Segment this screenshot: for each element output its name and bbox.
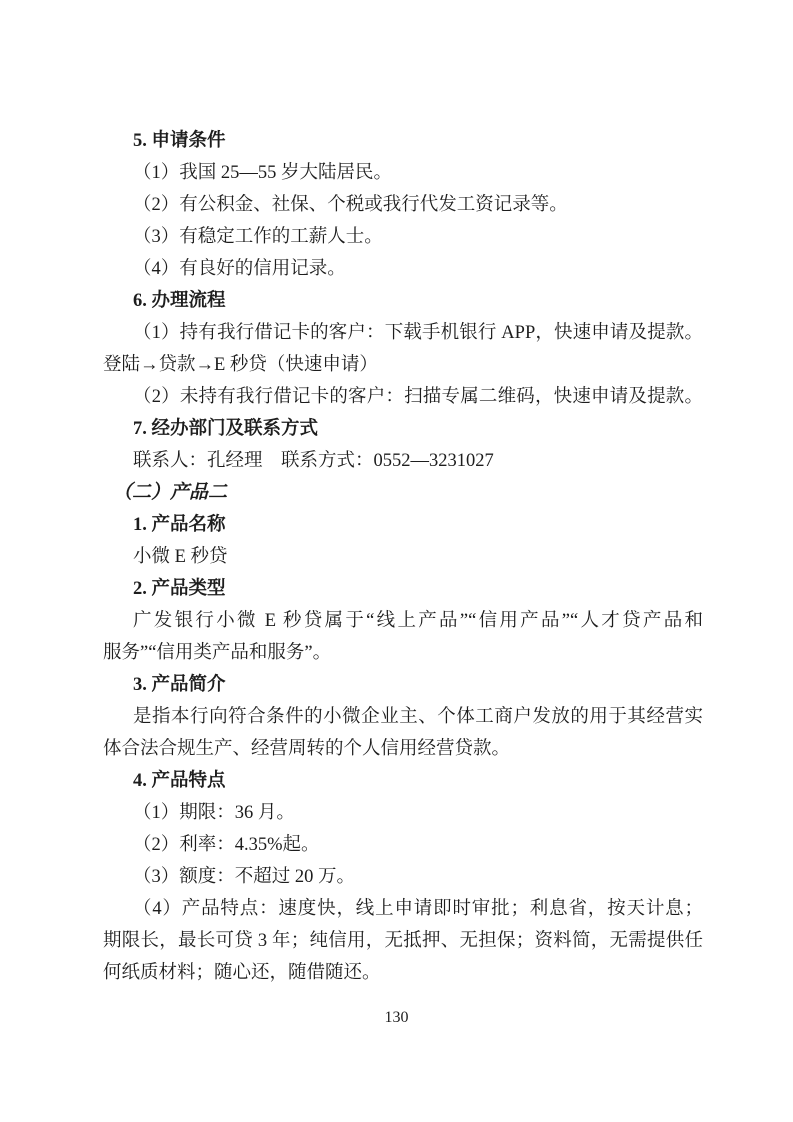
heading-line: 2. 产品类型 [103, 573, 703, 605]
text-line: 是指本行向符合条件的小微企业主、个体工商户发放的用于其经营实 [103, 701, 703, 733]
text-line: 小微 E 秒贷 [103, 541, 703, 573]
text-line: （1）我国 25—55 岁大陆居民。 [103, 157, 703, 189]
text-line: 联系人：孔经理 联系方式：0552—3231027 [103, 445, 703, 477]
text-line: （2）未持有我行借记卡的客户：扫描专属二维码，快速申请及提款。 [103, 381, 703, 413]
text-line: （3）额度：不超过 20 万。 [103, 861, 703, 893]
heading-line: 3. 产品简介 [103, 669, 703, 701]
section-heading-line: （二）产品二 [103, 477, 703, 509]
heading-line: 6. 办理流程 [103, 285, 703, 317]
text-line: 服务”“信用类产品和服务”。 [103, 637, 703, 669]
text-line: （4）有良好的信用记录。 [103, 253, 703, 285]
text-line: 期限长，最长可贷 3 年；纯信用，无抵押、无担保；资料简，无需提供任 [103, 925, 703, 957]
text-line: 体合法合规生产、经营周转的个人信用经营贷款。 [103, 733, 703, 765]
document-body: 5. 申请条件（1）我国 25—55 岁大陆居民。（2）有公积金、社保、个税或我… [103, 125, 703, 989]
text-line: 何纸质材料；随心还，随借随还。 [103, 957, 703, 989]
page-number: 130 [0, 1004, 793, 1032]
text-line: （4）产品特点：速度快，线上申请即时审批；利息省，按天计息； [103, 893, 703, 925]
text-line: （3）有稳定工作的工薪人士。 [103, 221, 703, 253]
heading-line: 4. 产品特点 [103, 765, 703, 797]
text-line: 登陆→贷款→E 秒贷（快速申请） [103, 349, 703, 381]
document-page: 5. 申请条件（1）我国 25—55 岁大陆居民。（2）有公积金、社保、个税或我… [0, 0, 793, 1122]
text-line: （1）期限：36 月。 [103, 797, 703, 829]
text-line: （1）持有我行借记卡的客户：下载手机银行 APP，快速申请及提款。 [103, 317, 703, 349]
text-line: 广发银行小微 E 秒贷属于“线上产品”“信用产品”“人才贷产品和 [103, 605, 703, 637]
heading-line: 7. 经办部门及联系方式 [103, 413, 703, 445]
heading-line: 5. 申请条件 [103, 125, 703, 157]
text-line: （2）利率：4.35%起。 [103, 829, 703, 861]
text-line: （2）有公积金、社保、个税或我行代发工资记录等。 [103, 189, 703, 221]
heading-line: 1. 产品名称 [103, 509, 703, 541]
